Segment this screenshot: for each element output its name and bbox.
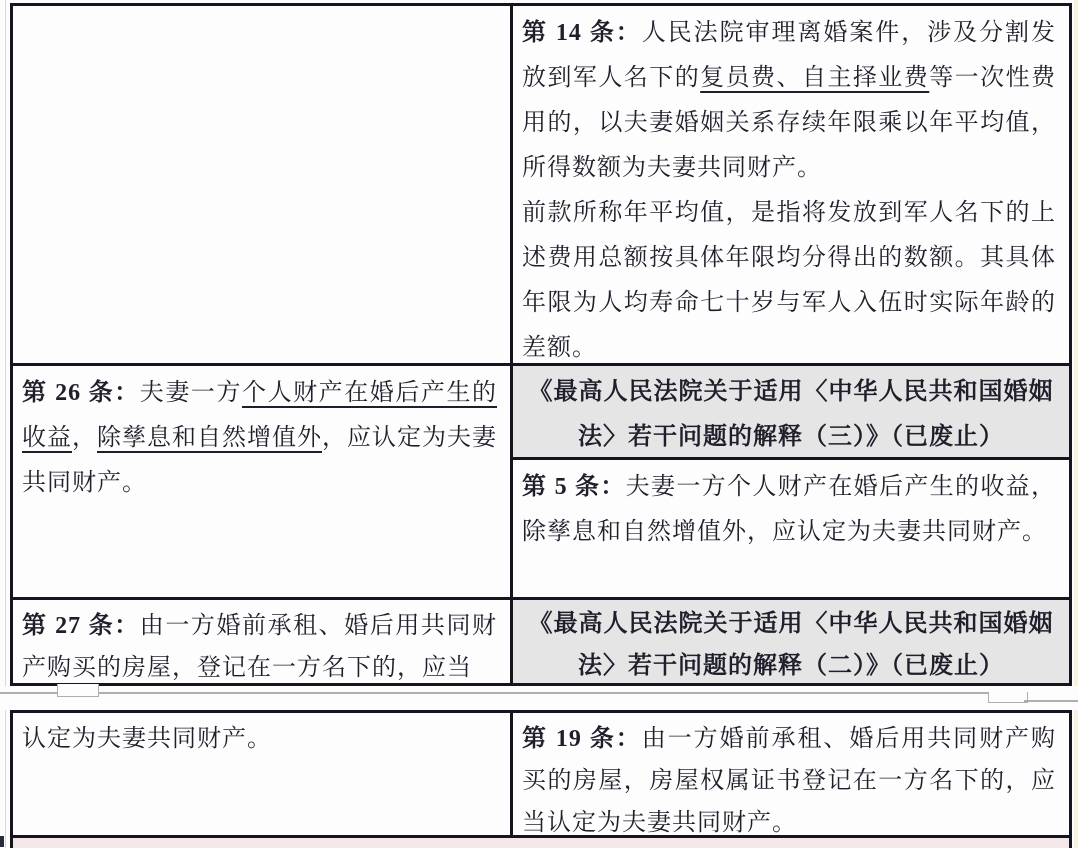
article-14-paragraph-2: 前款所称年平均值，是指将发放到军人名下的上述费用总额按具体年限均分得出的数额。其… [522,191,1056,371]
interpretation-2-title: 《最高人民法院关于适用〈中华人民共和国婚姻法〉若干问题的解释（二）》（已废止） [527,603,1055,687]
page-right-edge-strip [1074,0,1078,848]
article-14-label: 第 14 条： [522,20,642,46]
table-row: 第 26 条：夫妻一方个人财产在婚后产生的收益，除孳息和自然增值外，应认定为夫妻… [13,366,1069,600]
page-break [0,686,1078,710]
article-14-underlined-terms: 复员费、自主择业费 [700,65,929,91]
article-5-label: 第 5 条： [522,474,626,500]
article-27-paragraph: 第 27 条：由一方婚前承租、婚后用共同财产购买的房屋，登记在一方名下的，应当 [22,605,497,689]
bottom-left-mark [0,836,4,847]
article-26-label: 第 26 条： [22,380,140,406]
article-19-paragraph: 第 19 条：由一方婚前承租、婚后用共同财产购买的房屋，房屋权属证书登记在一方名… [522,718,1056,844]
article-5-cell: 第 5 条：夫妻一方个人财产在婚后产生的收益，除孳息和自然增值外，应认定为夫妻共… [513,460,1069,597]
page-break-left-notch [57,684,99,697]
article-27-label: 第 27 条： [22,613,140,639]
page-break-step-notch [988,692,1028,703]
table-row: 第 14 条：人民法院审理离婚案件，涉及分割发放到军人名下的复员费、自主择业费等… [13,6,1069,366]
article-14-cell: 第 14 条：人民法院审理离婚案件，涉及分割发放到军人名下的复员费、自主择业费等… [513,6,1069,363]
article-27-continuation-text: 认定为夫妻共同财产。 [22,718,497,760]
right-column-stack: 《最高人民法院关于适用〈中华人民共和国婚姻法〉若干问题的解释（三）》（已废止） … [513,366,1069,597]
right-column-stack: 《最高人民法院关于适用〈中华人民共和国婚姻法〉若干问题的解释（二）》（已废止） [513,600,1069,683]
article-26-cell: 第 26 条：夫妻一方个人财产在婚后产生的收益，除孳息和自然增值外，应认定为夫妻… [13,366,513,597]
page-break-line [0,692,990,694]
article-26-seg1: 夫妻一方 [140,380,242,406]
interpretation-2-header-cell: 《最高人民法院关于适用〈中华人民共和国婚姻法〉若干问题的解释（二）》（已废止） [513,600,1069,683]
interpretation-3-title: 《最高人民法院关于适用〈中华人民共和国婚姻法〉若干问题的解释（三）》（已废止） [527,370,1055,460]
interpretation-3-header-cell: 《最高人民法院关于适用〈中华人民共和国婚姻法〉若干问题的解释（三）》（已废止） [513,366,1069,460]
article-26-underline-2: 除孳息和自然增值外 [97,425,322,451]
page-left-edge-line [5,0,6,848]
article-19-label: 第 19 条： [522,726,642,752]
article-26-paragraph: 第 26 条：夫妻一方个人财产在婚后产生的收益，除孳息和自然增值外，应认定为夫妻… [22,371,497,506]
comparison-table-page1: 第 14 条：人民法院审理离婚案件，涉及分割发放到军人名下的复员费、自主择业费等… [10,3,1072,686]
page-break-line [1024,700,1078,702]
comparison-table-page2: 认定为夫妻共同财产。 第 19 条：由一方婚前承租、婚后用共同财产购买的房屋，房… [10,710,1072,848]
document-canvas: 第 14 条：人民法院审理离婚案件，涉及分割发放到军人名下的复员费、自主择业费等… [0,0,1078,848]
article-26-seg2: ， [72,425,97,451]
article-27-cell: 第 27 条：由一方婚前承租、婚后用共同财产购买的房屋，登记在一方名下的，应当 [13,600,513,683]
article-5-paragraph: 第 5 条：夫妻一方个人财产在婚后产生的收益，除孳息和自然增值外，应认定为夫妻共… [522,465,1056,555]
table-row: 第 27 条：由一方婚前承租、婚后用共同财产购买的房屋，登记在一方名下的，应当 … [13,600,1069,683]
article-27-continuation-cell: 认定为夫妻共同财产。 [13,713,513,835]
empty-left-cell [13,6,513,363]
table-row: 认定为夫妻共同财产。 第 19 条：由一方婚前承租、婚后用共同财产购买的房屋，房… [13,713,1069,838]
article-14-paragraph-1: 第 14 条：人民法院审理离婚案件，涉及分割发放到军人名下的复员费、自主择业费等… [522,11,1056,191]
article-19-cell: 第 19 条：由一方婚前承租、婚后用共同财产购买的房屋，房屋权属证书登记在一方名… [513,713,1069,835]
